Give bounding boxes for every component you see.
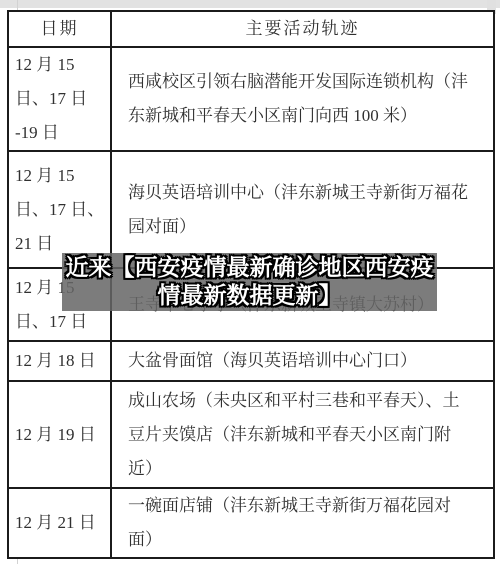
- table-row: 12 月 15 日、17 日 -19 日 西咸校区引领右脑潜能开发国际连锁机构（…: [8, 47, 494, 151]
- activity-cell: 成山农场（未央区和平村三巷和平春天）、土 豆片夹馍店（沣东新城和平春天小区南门附…: [111, 381, 494, 488]
- date-cell: 12 月 18 日: [8, 341, 111, 381]
- activity-cell: 海贝英语培训中心（沣东新城王寺新街万福花 园对面）: [111, 151, 494, 268]
- watermark-caption-line1: 近来【西安疫情最新确诊地区西安疫: [66, 254, 434, 282]
- activity-cell: 一碗面店铺（沣东新城王寺新街万福花园对 面）: [111, 488, 494, 558]
- table-row: 12 月 18 日 大盆骨面馆（海贝英语培训中心门口）: [8, 341, 494, 381]
- table-row: 12 月 15 日、17 日、 21 日 海贝英语培训中心（沣东新城王寺新街万福…: [8, 151, 494, 268]
- table-row: 12 月 21 日 一碗面店铺（沣东新城王寺新街万福花园对 面）: [8, 488, 494, 558]
- table-row: 12 月 19 日 成山农场（未央区和平村三巷和平春天）、土 豆片夹馍店（沣东新…: [8, 381, 494, 488]
- date-cell: 12 月 15 日、17 日、 21 日: [8, 151, 111, 268]
- date-cell: 12 月 19 日: [8, 381, 111, 488]
- date-column-header: 日期: [8, 11, 111, 47]
- table-header-row: 日期 主要活动轨迹: [8, 11, 494, 47]
- date-cell: 12 月 21 日: [8, 488, 111, 558]
- page-top-strip: [0, 0, 500, 8]
- activity-column-header: 主要活动轨迹: [111, 11, 494, 47]
- date-cell: 12 月 15 日、17 日 -19 日: [8, 47, 111, 151]
- activity-cell: 西咸校区引领右脑潜能开发国际连锁机构（沣 东新城和平春天小区南门向西 100 米…: [111, 47, 494, 151]
- activity-cell: 大盆骨面馆（海贝英语培训中心门口）: [111, 341, 494, 381]
- watermark-caption: 近来【西安疫情最新确诊地区西安疫 情最新数据更新】: [62, 253, 437, 311]
- page: 日期 主要活动轨迹 12 月 15 日、17 日 -19 日 西咸校区引领右脑潜…: [0, 0, 500, 564]
- watermark-caption-line2: 情最新数据更新】: [158, 282, 342, 310]
